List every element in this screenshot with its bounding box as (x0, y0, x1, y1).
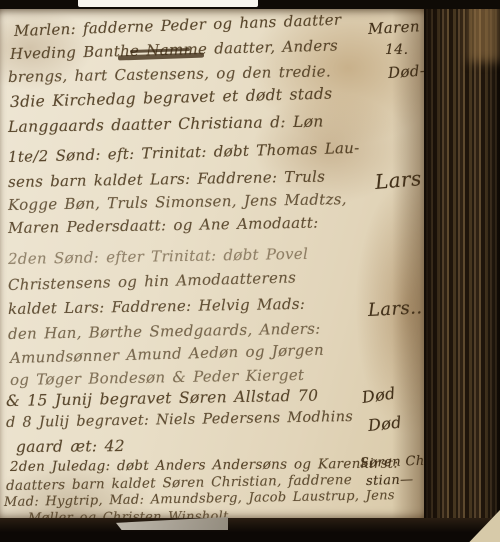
margin-note: Lars.. (367, 297, 422, 321)
manuscript-photo: Marlen: fadderne Peder og hans daatter H… (0, 0, 500, 542)
margin-note: stian— (366, 472, 414, 489)
margin-note: Lars (374, 166, 423, 194)
binding-highlight (468, 0, 500, 62)
handwriting-line: gaard æt: 42 (16, 437, 125, 456)
book-binding-edge (424, 0, 500, 542)
margin-note: Maren (368, 17, 421, 38)
margin-note: Død- (387, 61, 425, 82)
margin-note-page-number: 14. (385, 42, 408, 58)
photo-bottom-edge (0, 518, 500, 542)
margin-note: Død (367, 413, 403, 435)
adjacent-page-sliver (78, 0, 258, 7)
